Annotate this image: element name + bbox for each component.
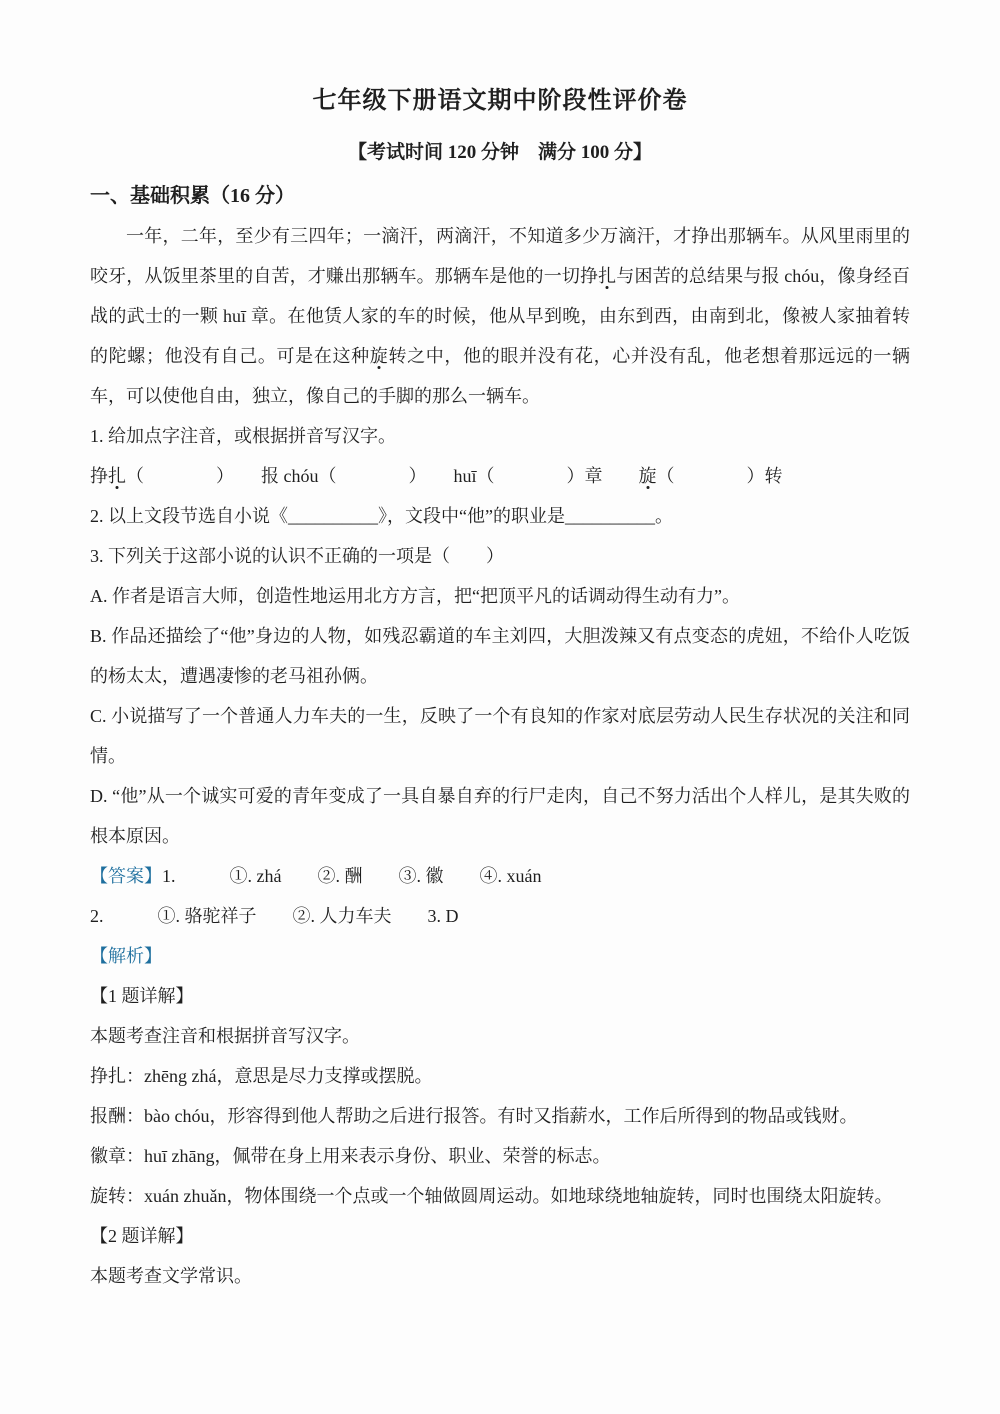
analysis-item-zhengzha: 挣扎：zhēng zhá，意思是尽力支撑或摆脱。 bbox=[90, 1056, 910, 1096]
emphasized-char-xuan: 旋 bbox=[370, 346, 389, 366]
emphasized-char-xuan: 旋 bbox=[639, 466, 657, 486]
answer-label: 【答案】 bbox=[90, 866, 162, 886]
passage-paragraph: 一年，二年，至少有三四年；一滴汗，两滴汗，不知道多少万滴汗，才挣出那辆车。从风里… bbox=[90, 216, 910, 416]
answer-line-2: 2. ①. 骆驼祥子 ②. 人力车夫 3. D bbox=[90, 896, 910, 936]
analysis-2-intro: 本题考查文学常识。 bbox=[90, 1256, 910, 1296]
answer-line-1: 【答案】1. ①. zhá ②. 酬 ③. 徽 ④. xuán bbox=[90, 856, 910, 896]
analysis-1-heading: 【1 题详解】 bbox=[90, 976, 910, 1016]
analysis-item-huizhang: 徽章：huī zhāng，佩带在身上用来表示身份、职业、荣誉的标志。 bbox=[90, 1136, 910, 1176]
question-3-stem: 3. 下列关于这部小说的认识不正确的一项是（ ） bbox=[90, 536, 910, 576]
analysis-item-xuanzhuan: 旋转：xuán zhuǎn，物体围绕一个点或一个轴做圆周运动。如地球绕地轴旋转，… bbox=[90, 1176, 910, 1216]
answer-line-1-text: 1. ①. zhá ②. 酬 ③. 徽 ④. xuán bbox=[162, 866, 541, 886]
exam-info: 【考试时间 120 分钟 满分 100 分】 bbox=[90, 140, 910, 166]
page-title: 七年级下册语文期中阶段性评价卷 bbox=[90, 86, 910, 116]
emphasized-char-zha: 扎 bbox=[108, 466, 126, 486]
question-3-option-c: C. 小说描写了一个普通人力车夫的一生，反映了一个有良知的作家对底层劳动人民生存… bbox=[90, 696, 910, 776]
question-3-option-b: B. 作品还描绘了“他”身边的人物，如残忍霸道的车主刘四，大胆泼辣又有点变态的虎… bbox=[90, 616, 910, 696]
analysis-label: 【解析】 bbox=[90, 936, 910, 976]
blank-segment: （ ）转 bbox=[657, 466, 783, 486]
analysis-item-baochou: 报酬：bào chóu，形容得到他人帮助之后进行报答。有时又指薪水，工作后所得到… bbox=[90, 1096, 910, 1136]
question-2-stem: 2. 以上文段节选自小说《__________》，文段中“他”的职业是_____… bbox=[90, 496, 910, 536]
analysis-1-intro: 本题考查注音和根据拼音写汉字。 bbox=[90, 1016, 910, 1056]
question-3-option-d: D. “他”从一个诚实可爱的青年变成了一具自暴自弃的行尸走肉，自己不努力活出个人… bbox=[90, 776, 910, 856]
exam-paper-page: 七年级下册语文期中阶段性评价卷 【考试时间 120 分钟 满分 100 分】 一… bbox=[0, 0, 1000, 1414]
blank-segment: 挣 bbox=[90, 466, 108, 486]
question-3-option-a: A. 作者是语言大师，创造性地运用北方方言，把“把顶平凡的话调动得生动有力”。 bbox=[90, 576, 910, 616]
blank-segment: （ ） 报 chóu（ ） huī（ ）章 bbox=[126, 466, 639, 486]
question-1-blanks: 挣扎（ ） 报 chóu（ ） huī（ ）章 旋（ ）转 bbox=[90, 456, 910, 496]
emphasized-char-zha: 扎 bbox=[598, 266, 616, 286]
question-1-stem: 1. 给加点字注音，或根据拼音写汉字。 bbox=[90, 416, 910, 456]
section-heading: 一、基础积累（16 分） bbox=[90, 182, 910, 210]
analysis-2-heading: 【2 题详解】 bbox=[90, 1216, 910, 1256]
